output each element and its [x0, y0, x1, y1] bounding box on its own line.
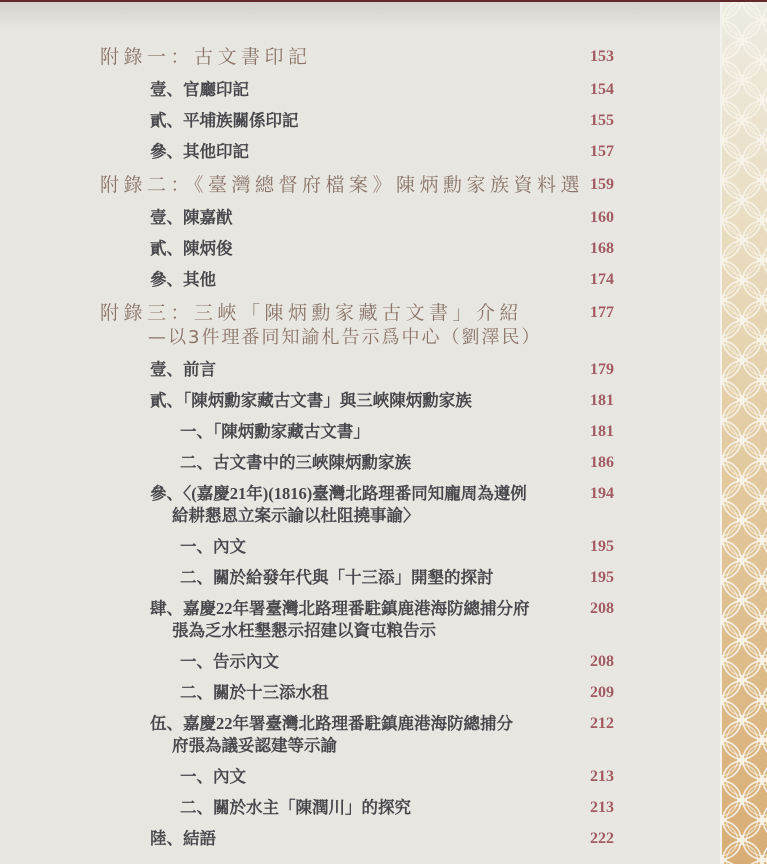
toc-entry: 一、告示內文 208 — [100, 651, 614, 673]
toc-entry-title-block: 參、其他印記 — [100, 141, 582, 163]
toc-entry: 一、內文 195 — [100, 536, 614, 558]
toc-entry-page-number: 160 — [590, 207, 614, 229]
toc-entry-title: 二、關於水主「陳潤川」的探究 — [180, 797, 582, 819]
toc-entry: 壹、官廳印記 154 — [100, 79, 614, 101]
toc-entry: 壹、陳嘉猷 160 — [100, 207, 614, 229]
toc-entry-title-block: 附錄一：古文書印記 — [100, 44, 582, 70]
toc-entry-title-block: 一、「陳炳勳家藏古文書」 — [100, 421, 582, 443]
toc-entry-page-number: 181 — [590, 421, 614, 443]
toc-entry-title: 附錄二：《臺灣總督府檔案》陳炳勳家族資料選 — [100, 172, 582, 198]
toc-entry-page-number: 194 — [590, 483, 614, 505]
toc-entry-page-number: 157 — [590, 141, 614, 163]
toc-entry: 參、其他印記 157 — [100, 141, 614, 163]
toc-entry-title-block: 二、關於水主「陳潤川」的探究 — [100, 797, 582, 819]
toc-entry-title-block: 貳、陳炳俊 — [100, 238, 582, 260]
toc-entry-page-number: 174 — [590, 269, 614, 291]
toc-entry-title-block: 一、內文 — [100, 766, 582, 788]
toc-entry-title-block: 一、告示內文 — [100, 651, 582, 673]
toc-entry-title-block: 附錄二：《臺灣總督府檔案》陳炳勳家族資料選 — [100, 172, 582, 198]
toc-entry-title-line2: —以3件理番同知諭札告示爲中心（劉澤民） — [148, 326, 582, 350]
toc-entry-title: 貳、平埔族關係印記 — [150, 110, 582, 132]
toc-entry-title: 貳、陳炳俊 — [150, 238, 582, 260]
toc-entry-title-line2: 府張為議妥認建等示諭 — [172, 735, 582, 757]
toc-entry-page-number: 195 — [590, 536, 614, 558]
toc-entry-page-number: 168 — [590, 238, 614, 260]
toc-entry: 參、其他 174 — [100, 269, 614, 291]
toc-entry: 參、〈(嘉慶21年)(1816)臺灣北路理番同知龐周為遵例 給耕懇恩立案示諭以杜… — [100, 483, 614, 527]
toc-entry-page-number: 222 — [590, 828, 614, 850]
toc-entry: 二、關於十三添水租 209 — [100, 682, 614, 704]
toc-entry-title: 參、其他印記 — [150, 141, 582, 163]
toc-entry-title-line2: 張為乏水枉墾懇示招建以資屯粮告示 — [172, 620, 582, 642]
toc-entry-title: 陸、結語 — [150, 828, 582, 850]
toc-entry-title: 附錄一：古文書印記 — [100, 44, 582, 70]
toc-entry-page-number: 155 — [590, 110, 614, 132]
toc-entry: 貳、「陳炳勳家藏古文書」與三峽陳炳勳家族 181 — [100, 390, 614, 412]
toc-entry-title-block: 伍、嘉慶22年署臺灣北路理番駐鎮鹿港海防總捕分 府張為議妥認建等示諭 — [100, 713, 582, 757]
toc-entry: 一、「陳炳勳家藏古文書」 181 — [100, 421, 614, 443]
toc-entry-page-number: 177 — [590, 300, 614, 326]
toc-entry-page-number: 159 — [590, 172, 614, 198]
toc-entry-title-block: 二、古文書中的三峽陳炳勳家族 — [100, 452, 582, 474]
toc-entry-title-block: 二、關於十三添水租 — [100, 682, 582, 704]
toc-entry: 壹、前言 179 — [100, 359, 614, 381]
toc-entry-title: 二、古文書中的三峽陳炳勳家族 — [180, 452, 582, 474]
toc-entry-title: 參、其他 — [150, 269, 582, 291]
toc-entry-title-block: 壹、官廳印記 — [100, 79, 582, 101]
toc-entry-title-block: 一、內文 — [100, 536, 582, 558]
toc-entry-title: 壹、前言 — [150, 359, 582, 381]
toc-entry-page-number: 213 — [590, 766, 614, 788]
toc-entry-title: 壹、陳嘉猷 — [150, 207, 582, 229]
toc-entry: 肆、嘉慶22年署臺灣北路理番駐鎮鹿港海防總捕分府 張為乏水枉墾懇示招建以資屯粮告… — [100, 598, 614, 642]
toc-entry: 二、古文書中的三峽陳炳勳家族 186 — [100, 452, 614, 474]
toc-entry: 陸、結語 222 — [100, 828, 614, 850]
toc-entry-title: 一、「陳炳勳家藏古文書」 — [180, 421, 582, 443]
toc-entry-title-block: 肆、嘉慶22年署臺灣北路理番駐鎮鹿港海防總捕分府 張為乏水枉墾懇示招建以資屯粮告… — [100, 598, 582, 642]
toc-entry-title: 壹、官廳印記 — [150, 79, 582, 101]
toc-entry-title: 二、關於給發年代與「十三添」開墾的探討 — [180, 567, 582, 589]
toc-entry-page-number: 186 — [590, 452, 614, 474]
toc-entry: 附錄二：《臺灣總督府檔案》陳炳勳家族資料選 159 — [100, 172, 614, 198]
toc-entry-page-number: 195 — [590, 567, 614, 589]
page-top-shade — [0, 2, 767, 30]
toc-entry-title-block: 壹、前言 — [100, 359, 582, 381]
toc-entry-title: 貳、「陳炳勳家藏古文書」與三峽陳炳勳家族 — [150, 390, 582, 412]
toc-entry: 一、內文 213 — [100, 766, 614, 788]
toc-entry: 附錄三：三峽「陳炳勳家藏古文書」介紹 —以3件理番同知諭札告示爲中心（劉澤民） … — [100, 300, 614, 350]
toc-entry-page-number: 153 — [590, 44, 614, 70]
toc-entry-title: 參、〈(嘉慶21年)(1816)臺灣北路理番同知龐周為遵例 — [150, 483, 582, 505]
toc-entry-page-number: 209 — [590, 682, 614, 704]
toc-entry-title: 附錄三：三峽「陳炳勳家藏古文書」介紹 — [100, 300, 582, 326]
toc-entry-title-block: 附錄三：三峽「陳炳勳家藏古文書」介紹 —以3件理番同知諭札告示爲中心（劉澤民） — [100, 300, 582, 350]
toc-entry-title-block: 貳、平埔族關係印記 — [100, 110, 582, 132]
toc-entry-title: 肆、嘉慶22年署臺灣北路理番駐鎮鹿港海防總捕分府 — [150, 598, 582, 620]
toc-entry-title: 一、告示內文 — [180, 651, 582, 673]
toc-page: 附錄一：古文書印記 153 壹、官廳印記 154 貳、平埔族關係印記 155 參… — [0, 0, 767, 864]
toc-entry-title-line2: 給耕懇恩立案示諭以杜阻撓事諭〉 — [172, 505, 582, 527]
toc-entry-title-block: 二、關於給發年代與「十三添」開墾的探討 — [100, 567, 582, 589]
toc-entry-title-block: 參、其他 — [100, 269, 582, 291]
toc-entry-title: 伍、嘉慶22年署臺灣北路理番駐鎮鹿港海防總捕分 — [150, 713, 582, 735]
toc-entry-title: 一、內文 — [180, 536, 582, 558]
toc-entry-title-block: 壹、陳嘉猷 — [100, 207, 582, 229]
decorative-side-strip — [720, 0, 767, 864]
toc-entry-title-block: 參、〈(嘉慶21年)(1816)臺灣北路理番同知龐周為遵例 給耕懇恩立案示諭以杜… — [100, 483, 582, 527]
toc-entry: 貳、平埔族關係印記 155 — [100, 110, 614, 132]
toc-entry-page-number: 208 — [590, 598, 614, 620]
toc-entry: 伍、嘉慶22年署臺灣北路理番駐鎮鹿港海防總捕分 府張為議妥認建等示諭 212 — [100, 713, 614, 757]
toc-entry-title-block: 貳、「陳炳勳家藏古文書」與三峽陳炳勳家族 — [100, 390, 582, 412]
toc-entry: 二、關於水主「陳潤川」的探究 213 — [100, 797, 614, 819]
toc-entry-title-block: 陸、結語 — [100, 828, 582, 850]
toc-entry-page-number: 213 — [590, 797, 614, 819]
toc-entry: 二、關於給發年代與「十三添」開墾的探討 195 — [100, 567, 614, 589]
toc-entry-title: 一、內文 — [180, 766, 582, 788]
toc-entry-page-number: 179 — [590, 359, 614, 381]
page-top-rule — [0, 0, 767, 2]
toc-entry-page-number: 181 — [590, 390, 614, 412]
toc-entry: 附錄一：古文書印記 153 — [100, 44, 614, 70]
toc-entry-title: 二、關於十三添水租 — [180, 682, 582, 704]
toc-list: 附錄一：古文書印記 153 壹、官廳印記 154 貳、平埔族關係印記 155 參… — [100, 44, 614, 859]
toc-entry-page-number: 154 — [590, 79, 614, 101]
toc-entry-page-number: 208 — [590, 651, 614, 673]
toc-entry-page-number: 212 — [590, 713, 614, 735]
toc-entry: 貳、陳炳俊 168 — [100, 238, 614, 260]
shippou-pattern-graphic — [722, 0, 767, 864]
